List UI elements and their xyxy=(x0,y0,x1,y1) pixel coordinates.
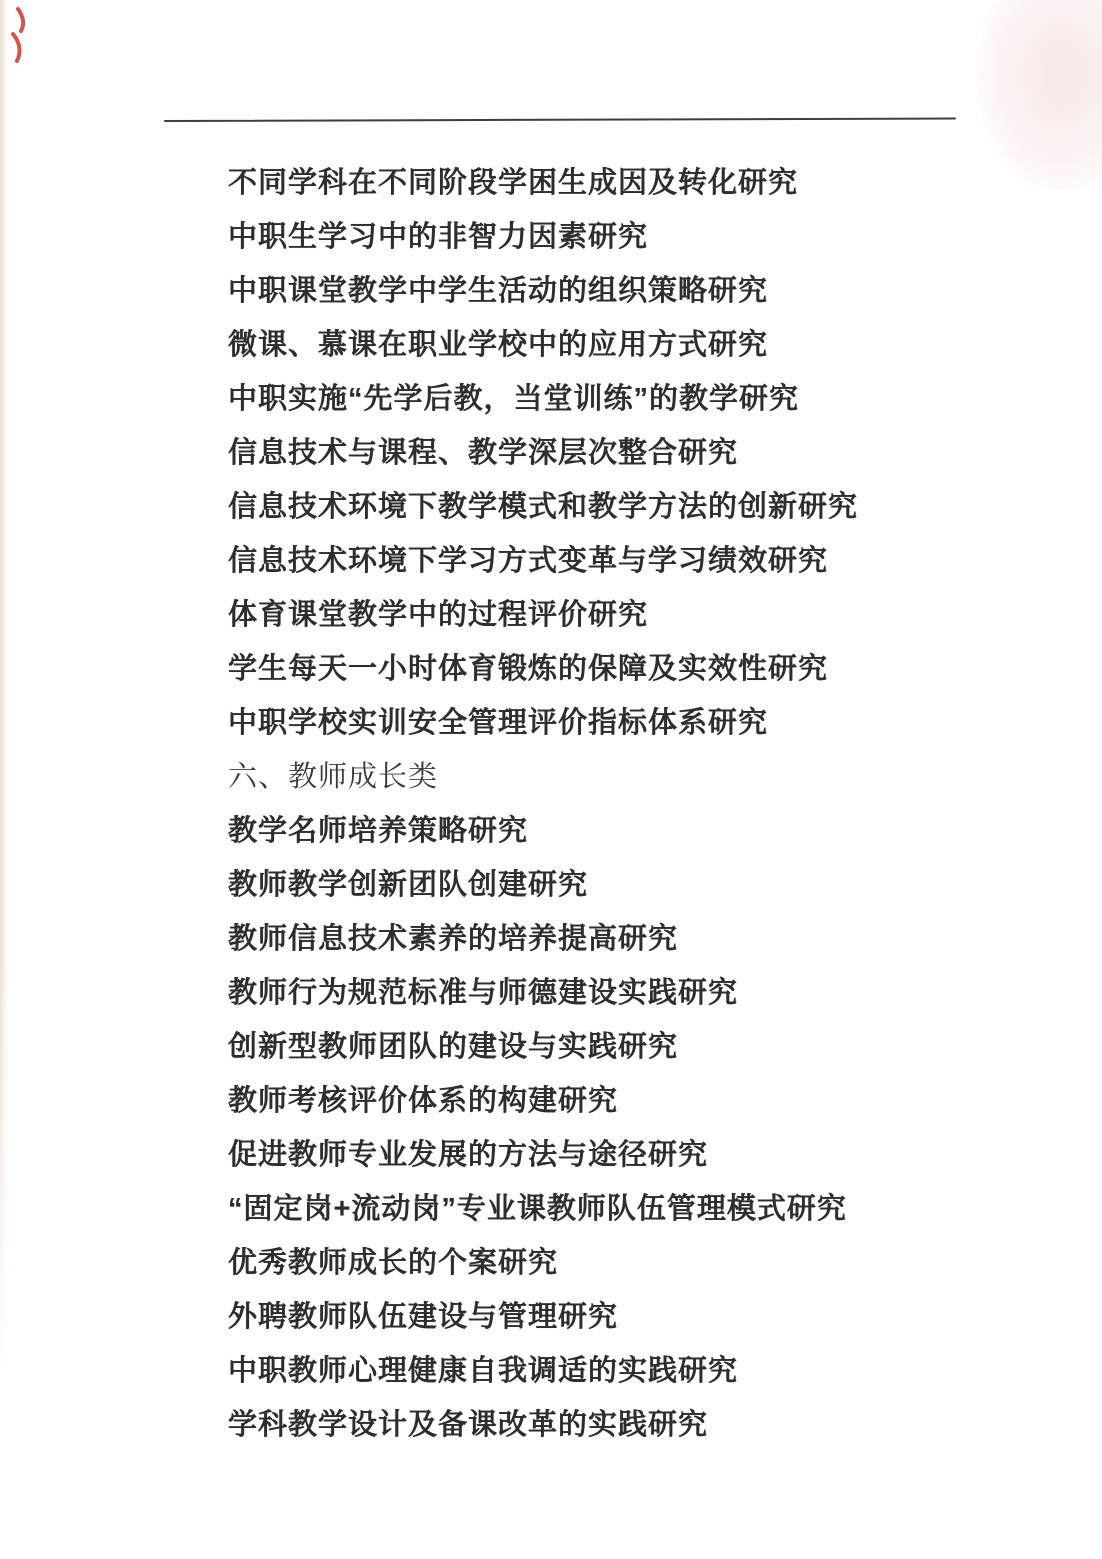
document-line: 教师教学创新团队创建研究 xyxy=(228,858,1008,912)
topic-list: 不同学科在不同阶段学困生成因及转化研究中职生学习中的非智力因素研究中职课堂教学中… xyxy=(228,156,1008,1452)
document-line: 体育课堂教学中的过程评价研究 xyxy=(228,588,1008,642)
document-line: 教师行为规范标准与师德建设实践研究 xyxy=(228,966,1008,1020)
document-line: 中职生学习中的非智力因素研究 xyxy=(228,210,1008,264)
document-line: 信息技术环境下学习方式变革与学习绩效研究 xyxy=(228,534,1008,588)
document-line: 外聘教师队伍建设与管理研究 xyxy=(228,1290,1008,1344)
document-line: 学生每天一小时体育锻炼的保障及实效性研究 xyxy=(228,642,1008,696)
document-line: 学科教学设计及备课改革的实践研究 xyxy=(228,1398,1008,1452)
document-line: 教师考核评价体系的构建研究 xyxy=(228,1074,1008,1128)
document-line: 中职课堂教学中学生活动的组织策略研究 xyxy=(228,264,1008,318)
document-line: 信息技术与课程、教学深层次整合研究 xyxy=(228,426,1008,480)
document-line: 微课、慕课在职业学校中的应用方式研究 xyxy=(228,318,1008,372)
scan-edge-shadow xyxy=(0,0,8,1372)
document-line: 不同学科在不同阶段学困生成因及转化研究 xyxy=(228,156,1008,210)
section-heading: 六、教师成长类 xyxy=(228,750,1008,804)
document-line: 中职教师心理健康自我调适的实践研究 xyxy=(228,1344,1008,1398)
document-line: 创新型教师团队的建设与实践研究 xyxy=(228,1020,1008,1074)
document-line: 优秀教师成长的个案研究 xyxy=(228,1236,1008,1290)
header-rule xyxy=(164,118,956,122)
document-line: 中职学校实训安全管理评价指标体系研究 xyxy=(228,696,1008,750)
document-line: 中职实施“先学后教，当堂训练”的教学研究 xyxy=(228,372,1008,426)
document-page: 不同学科在不同阶段学困生成因及转化研究中职生学习中的非智力因素研究中职课堂教学中… xyxy=(0,0,1102,1559)
document-line: 促进教师专业发展的方法与途径研究 xyxy=(228,1128,1008,1182)
document-line: 信息技术环境下教学模式和教学方法的创新研究 xyxy=(228,480,1008,534)
document-line: “固定岗+流动岗”专业课教师队伍管理模式研究 xyxy=(228,1182,1008,1236)
red-pen-marks xyxy=(4,4,44,66)
document-line: 教学名师培养策略研究 xyxy=(228,804,1008,858)
document-line: 教师信息技术素养的培养提高研究 xyxy=(228,912,1008,966)
